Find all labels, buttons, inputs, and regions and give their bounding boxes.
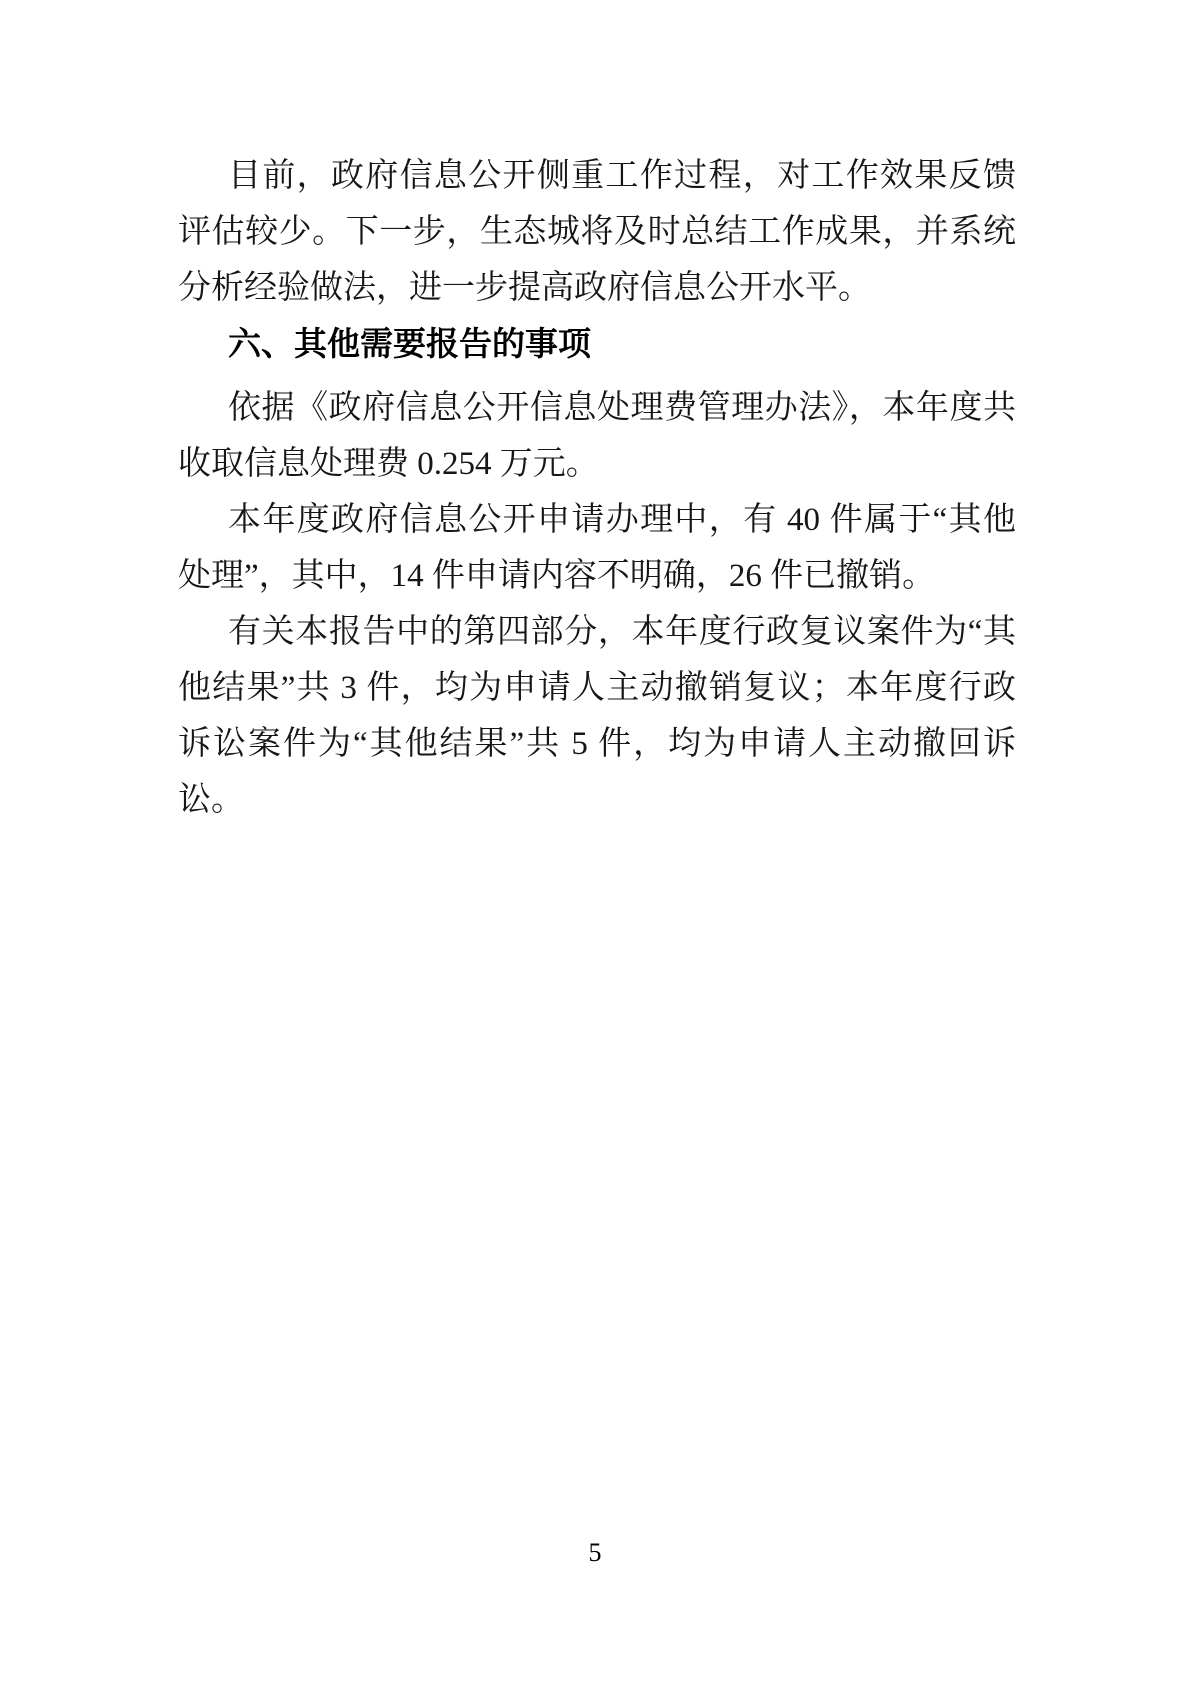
document-content: 目前，政府信息公开侧重工作过程，对工作效果反馈评估较少。下一步，生态城将及时总结… [178, 148, 1016, 828]
section-heading-other-matters: 六、其他需要报告的事项 [178, 316, 1016, 372]
document-page: 目前，政府信息公开侧重工作过程，对工作效果反馈评估较少。下一步，生态城将及时总结… [0, 0, 1190, 1683]
paragraph-review-litigation: 有关本报告中的第四部分，本年度行政复议案件为“其他结果”共 3 件，均为申请人主… [178, 604, 1016, 828]
page-number: 5 [0, 1538, 1190, 1568]
paragraph-processing-fee: 依据《政府信息公开信息处理费管理办法》，本年度共收取信息处理费 0.254 万元… [178, 380, 1016, 492]
paragraph-other-handling: 本年度政府信息公开申请办理中，有 40 件属于“其他处理”，其中，14 件申请内… [178, 492, 1016, 604]
paragraph-current-status: 目前，政府信息公开侧重工作过程，对工作效果反馈评估较少。下一步，生态城将及时总结… [178, 148, 1016, 316]
